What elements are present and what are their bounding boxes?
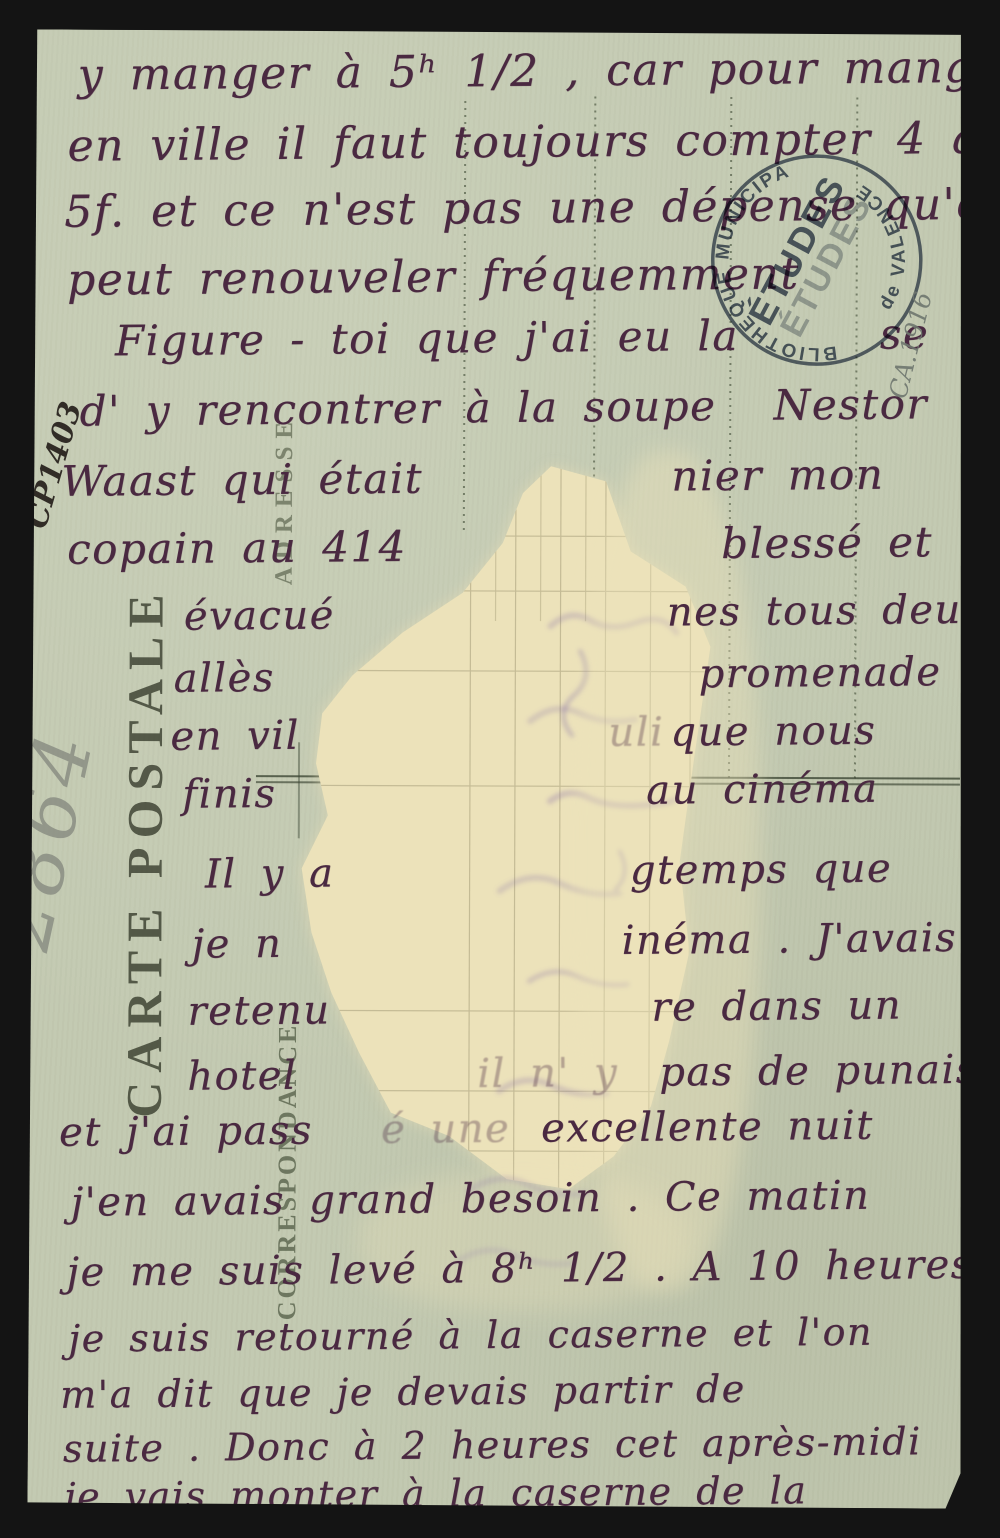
manuscript-segment: et j'ai pass	[59, 1108, 313, 1156]
manuscript-segment: nes tous deux	[667, 587, 986, 636]
manuscript-segment: promenade	[698, 649, 941, 697]
manuscript-line: allèspromenade	[30, 649, 963, 657]
manuscript-line: en ville il faut toujours compter 4 à	[32, 113, 965, 121]
manuscript-line: et j'ai passé uneexcellente nuit	[29, 1102, 962, 1110]
manuscript-line: en vilulique nous	[30, 707, 963, 715]
manuscript-segment: je suis retourné à la caserne et l'on	[68, 1310, 873, 1361]
manuscript-segment: que nous	[670, 708, 876, 756]
manuscript-segment: il n' y	[477, 1050, 618, 1097]
manuscript-segment: suite . Donc à 2 heures cet après-midi	[63, 1419, 922, 1470]
manuscript-line: Waast qui étaitnier mon	[31, 449, 964, 457]
manuscript-line: Il y agtemps que	[30, 845, 963, 853]
manuscript-line: je ninéma . J'avais	[29, 915, 962, 923]
manuscript-segment: Waast qui était	[61, 454, 423, 506]
manuscript-line: hotelil n' ypas de punaises	[29, 1047, 962, 1055]
manuscript-line: copain au 414blessé et	[31, 517, 964, 525]
postcard: CARTE POSTALE ADRESSE CORRESPONDANCE	[27, 29, 965, 1508]
manuscript-segment: Figure - toi que j'ai eu la	[115, 311, 739, 365]
manuscript-line: je me suis levé à 8ʰ 1/2 . A 10 heures	[28, 1242, 961, 1250]
manuscript-line: retenure dans un	[29, 982, 962, 990]
manuscript-segment: y manger à 5ʰ 1/2 , car pour manger	[78, 41, 1000, 100]
photograph-background: CARTE POSTALE ADRESSE CORRESPONDANCE	[0, 0, 1000, 1538]
manuscript-segment: évacué	[184, 592, 335, 639]
manuscript-segment: uli	[608, 710, 664, 756]
manuscript-line: évacuénes tous deux	[31, 587, 964, 595]
manuscript-segment: au cinéma	[646, 766, 879, 814]
manuscript-segment: pas de punaises	[659, 1046, 1000, 1095]
manuscript-segment: je me suis levé à 8ʰ 1/2 . A 10 heures	[66, 1242, 973, 1296]
manuscript-segment: re dans un	[651, 982, 902, 1030]
manuscript-line: j'en avais grand besoin . Ce matin	[29, 1172, 962, 1180]
manuscript-segment: allès	[173, 655, 275, 702]
manuscript-segment: é une	[381, 1106, 510, 1153]
manuscript-segment: Il y a	[205, 850, 335, 897]
manuscript-segment: finis	[182, 771, 277, 818]
manuscript-segment: inéma . J'avais	[621, 915, 957, 964]
manuscript-segment: blessé et	[721, 517, 933, 568]
manuscript-segment: copain au 414	[67, 522, 407, 574]
manuscript-line: y manger à 5ʰ 1/2 , car pour manger	[33, 42, 966, 50]
manuscript-segment: retenu	[187, 987, 330, 1034]
manuscript-segment: d' y rencontrer à la soupe	[79, 381, 716, 436]
manuscript-segment: m'a dit que je devais partir de	[60, 1367, 746, 1417]
manuscript-segment: gtemps que	[630, 846, 893, 894]
manuscript-segment: je n	[191, 921, 282, 968]
manuscript-segment: en vil	[170, 713, 300, 760]
manuscript-line: m'a dit que je devais partir de	[28, 1365, 961, 1373]
manuscript-line: je suis retourné à la caserne et l'on	[28, 1309, 961, 1317]
manuscript-line: finisau cinéma	[30, 765, 963, 773]
manuscript-segment: je vais monter à la caserne de la	[64, 1468, 808, 1518]
manuscript-segment: nier mon	[671, 450, 884, 501]
manuscript-segment: excellente nuit	[541, 1103, 874, 1152]
manuscript-line: suite . Donc à 2 heures cet après-midi	[28, 1419, 961, 1427]
manuscript-segment: hotel	[187, 1053, 297, 1100]
manuscript-segment: j'en avais grand besoin . Ce matin	[71, 1173, 871, 1226]
